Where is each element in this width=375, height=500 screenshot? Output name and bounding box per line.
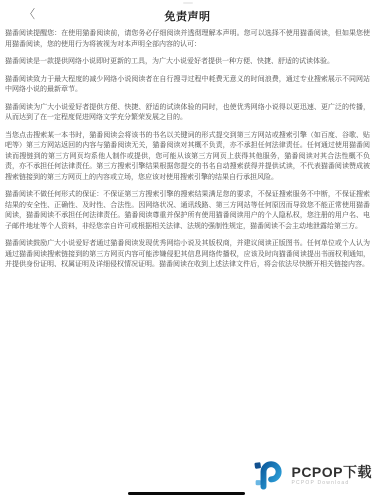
- disclaimer-paragraph: 猫番阅读是一款提供网络小说即时更新的工具，为广大小说爱好者提供一种方便、快捷、舒…: [5, 57, 370, 68]
- disclaimer-paragraph: 猫番阅读鼓励广大小说爱好者通过猫番阅读发现优秀网络小说及其版权商，并建议阅读正版…: [5, 239, 370, 271]
- pcpop-p-icon: [251, 457, 288, 494]
- disclaimer-paragraph: 猫番阅读不做任何形式的保证：不保证第三方搜索引擎的搜索结果满足您的要求，不保证搜…: [5, 190, 370, 232]
- pcpop-watermark-text: PCPOP下载 PCPOP Download: [291, 465, 372, 487]
- disclaimer-paragraph: 猫番阅读致力于最大程度的减少网络小说阅读者在自行搜寻过程中耗费无意义的时间浪费，…: [5, 75, 370, 96]
- pcpop-subtitle-label: PCPOP Download: [291, 480, 372, 487]
- disclaimer-paragraph: 猫番阅读为广大小说爱好者提供方便、快捷、舒适的试读体验的同时，也使优秀网络小说得…: [5, 103, 370, 124]
- pcpop-watermark: PCPOP下载 PCPOP Download: [251, 457, 372, 494]
- page-loading-dot: [177, 241, 183, 243]
- disclaimer-paragraph: 当您点击搜索某一本书时，猫番阅读会将该书的书名以关键词的形式提交到第三方网站或搜…: [5, 131, 370, 184]
- header-bar: 〈 免责声明: [0, 0, 375, 28]
- pcpop-brand-label: PCPOP下载: [291, 465, 372, 480]
- disclaimer-paragraph: 猫番阅读提醒您：在使用猫番阅读前，请您务必仔细阅读并透彻理解本声明。您可以选择不…: [5, 29, 370, 50]
- home-indicator-bar[interactable]: [128, 492, 245, 495]
- page-title: 免责声明: [0, 8, 375, 24]
- disclaimer-body: 猫番阅读提醒您：在使用猫番阅读前，请您务必仔细阅读并透彻理解本声明。您可以选择不…: [5, 29, 370, 278]
